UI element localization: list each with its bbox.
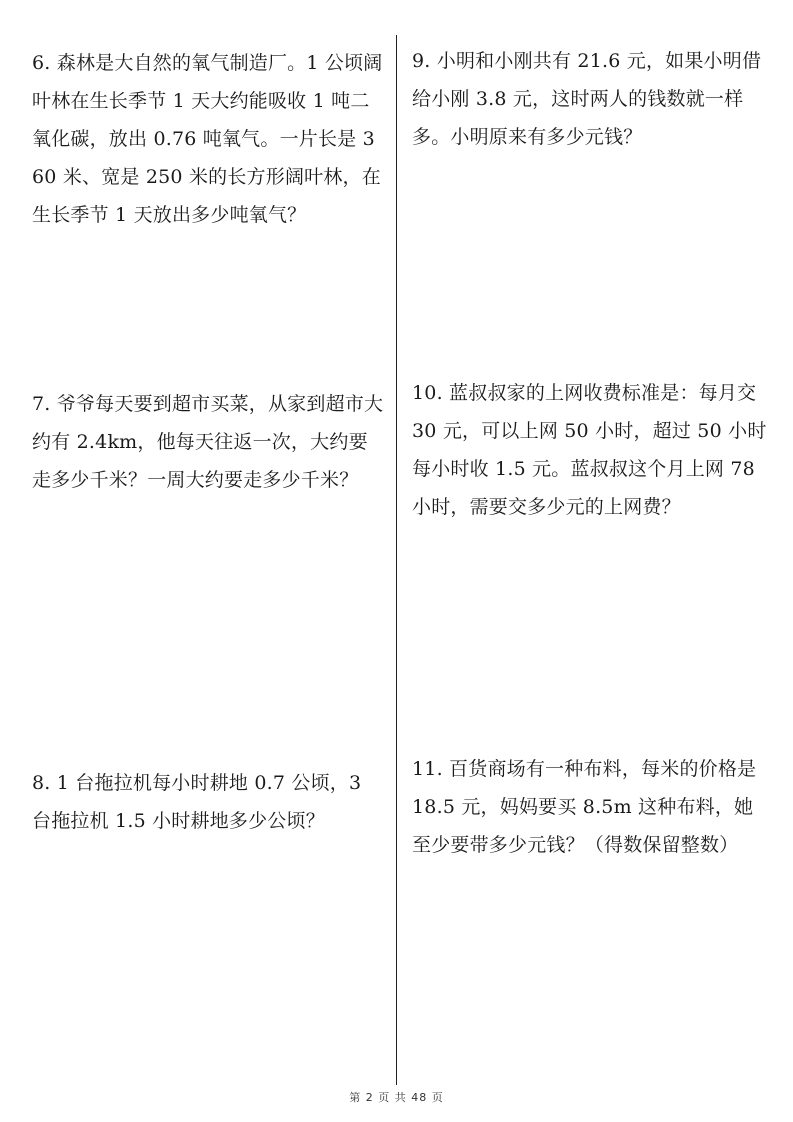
page-footer: 第 2 页 共 48 页 [0, 1089, 793, 1105]
problem-6: 6. 森林是大自然的氧气制造厂。1 公顷阔叶林在生长季节 1 天大约能吸收 1 … [32, 44, 384, 234]
problem-11: 11. 百货商场有一种布料，每米的价格是 18.5 元，妈妈要买 8.5m 这种… [412, 750, 768, 864]
problem-7: 7. 爷爷每天要到超市买菜，从家到超市大约有 2.4km，他每天往返一次，大约要… [32, 385, 384, 499]
problem-10: 10. 蓝叔叔家的上网收费标准是：每月交 30 元，可以上网 50 小时，超过 … [412, 374, 768, 526]
problem-8: 8. 1 台拖拉机每小时耕地 0.7 公顷，3 台拖拉机 1.5 小时耕地多少公… [32, 764, 384, 840]
column-divider [396, 35, 397, 1085]
problem-9: 9. 小明和小刚共有 21.6 元，如果小明借给小刚 3.8 元，这时两人的钱数… [412, 42, 768, 156]
